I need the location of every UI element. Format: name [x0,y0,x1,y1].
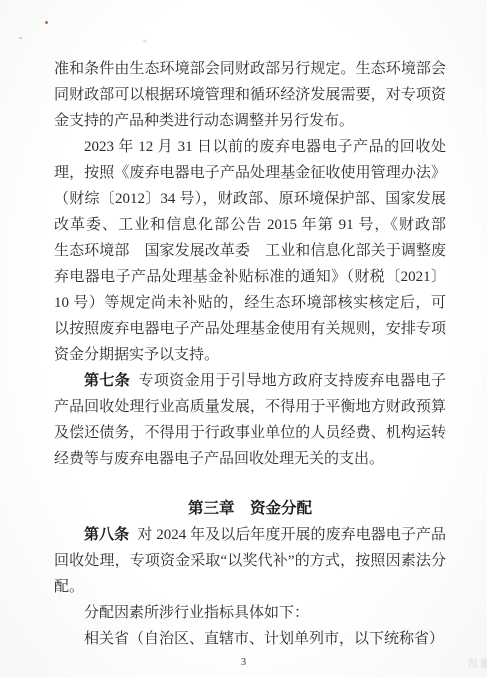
paragraph-2023-recycling: 2023 年 12 月 31 日以前的废弃电器电子产品的回收处理，按照《废弃电器… [54,134,446,368]
document-body: 准和条件由生态环境部会同财政部另行规定。生态环境部会同财政部可以根据环境管理和循… [54,56,446,652]
corner-watermark: 激活 [466,655,487,670]
scanned-document-page: 准和条件由生态环境部会同财政部另行规定。生态环境部会同财政部可以根据环境管理和循… [0,0,487,677]
paragraph-factor-indicators: 分配因素所涉行业指标具体如下： [54,600,446,626]
scan-speck [143,39,147,43]
article-7-label: 第七条 [84,373,130,389]
paragraph-article-7: 第七条专项资金用于引导地方政府支持废弃电器电子产品回收处理行业高质量发展，不得用… [54,368,446,472]
scan-speck [19,37,22,39]
article-8-label: 第八条 [84,527,129,543]
red-ink-speck [45,21,48,24]
paragraph-continuation: 准和条件由生态环境部会同财政部另行规定。生态环境部会同财政部可以根据环境管理和循… [54,56,446,134]
paragraph-provinces: 相关省（自治区、直辖市、计划单列市，以下统称省） [54,626,446,652]
chapter-3-heading: 第三章 资金分配 [54,496,446,522]
paragraph-article-8: 第八条对 2024 年及以后年度开展的废弃电器电子产品回收处理，专项资金采取“以… [54,522,446,600]
page-number: 3 [0,657,487,668]
